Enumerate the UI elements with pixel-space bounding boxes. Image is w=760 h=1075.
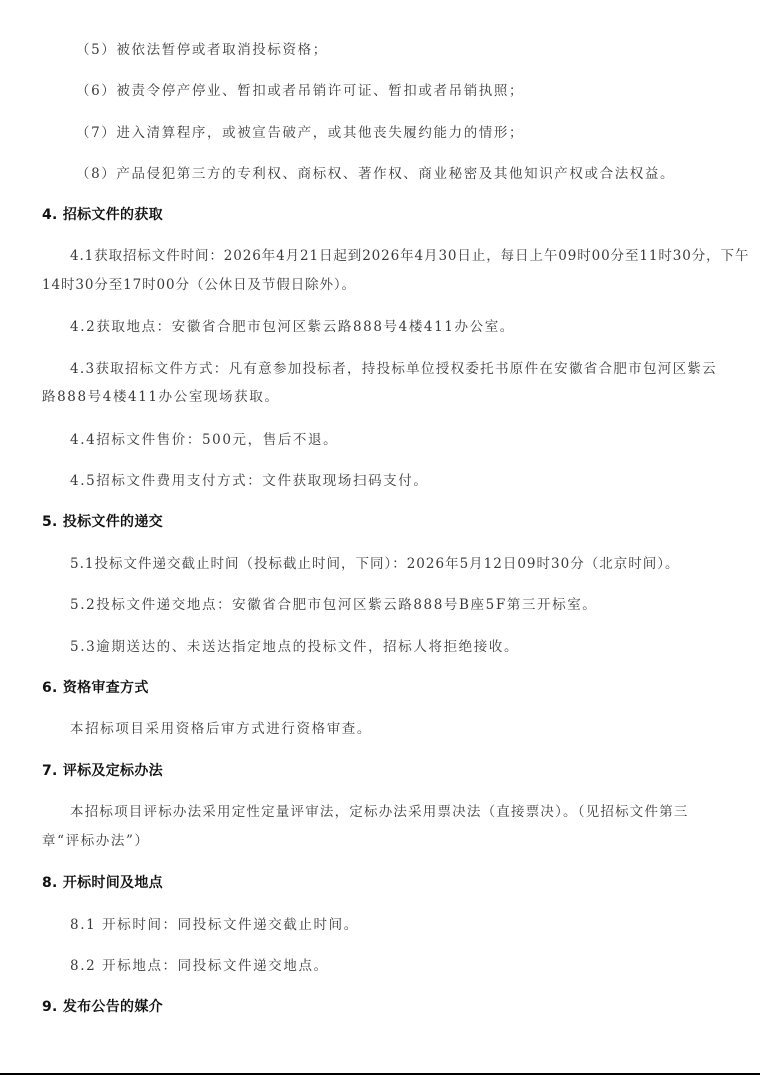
section-heading: 5. 投标文件的递交 (42, 513, 163, 531)
section-heading: 8. 开标时间及地点 (42, 874, 163, 892)
paragraph-continuation: 路888号4楼411办公室现场获取。 (42, 388, 279, 406)
document-page: （5）被依法暂停或者取消投标资格； （6）被责令停产停业、暂扣或者吊销许可证、暂… (0, 0, 760, 1075)
paragraph: 4.4招标文件售价：500元，售后不退。 (70, 431, 338, 449)
paragraph: 8.1 开标时间：同投标文件递交截止时间。 (70, 916, 359, 934)
list-item: （6）被责令停产停业、暂扣或者吊销许可证、暂扣或者吊销执照； (76, 82, 524, 100)
paragraph: 5.1投标文件递交截止时间（投标截止时间，下同）：2026年5月12日09时30… (70, 555, 679, 573)
paragraph: 5.3逾期送达的、未送达指定地点的投标文件，招标人将拒绝接收。 (70, 638, 519, 656)
section-heading: 7. 评标及定标办法 (42, 762, 163, 780)
list-item: （5）被依法暂停或者取消投标资格； (76, 41, 328, 59)
paragraph: 本招标项目采用资格后审方式进行资格审查。 (70, 720, 372, 738)
list-item: （7）进入清算程序，或被宣告破产，或其他丧失履约能力的情形； (76, 124, 524, 142)
section-heading: 9. 发布公告的媒介 (42, 998, 163, 1016)
paragraph: 4.2获取地点：安徽省合肥市包河区紫云路888号4楼411办公室。 (70, 318, 515, 336)
section-heading: 6. 资格审查方式 (42, 679, 149, 697)
paragraph: 本招标项目评标办法采用定性定量评审法，定标办法采用票决法（直接票决）。（见招标文… (70, 803, 689, 821)
paragraph: 4.1获取招标文件时间：2026年4月21日起到2026年4月30日止，每日上午… (70, 247, 749, 265)
paragraph: 4.3获取招标文件方式：凡有意参加投标者，持投标单位授权委托书原件在安徽省合肥市… (70, 360, 717, 378)
paragraph: 5.2投标文件递交地点：安徽省合肥市包河区紫云路888号B座5F第三开标室。 (70, 596, 597, 614)
paragraph: 8.2 开标地点：同投标文件递交地点。 (70, 957, 329, 975)
paragraph-continuation: 章“评标办法”） (42, 832, 150, 850)
section-heading: 4. 招标文件的获取 (42, 206, 163, 224)
list-item: （8）产品侵犯第三方的专利权、商标权、著作权、商业秘密及其他知识产权或合法权益。 (76, 165, 675, 183)
paragraph-continuation: 14时30分至17时00分（公休日及节假日除外）。 (42, 276, 356, 294)
paragraph: 4.5招标文件费用支付方式：文件获取现场扫码支付。 (70, 472, 428, 490)
